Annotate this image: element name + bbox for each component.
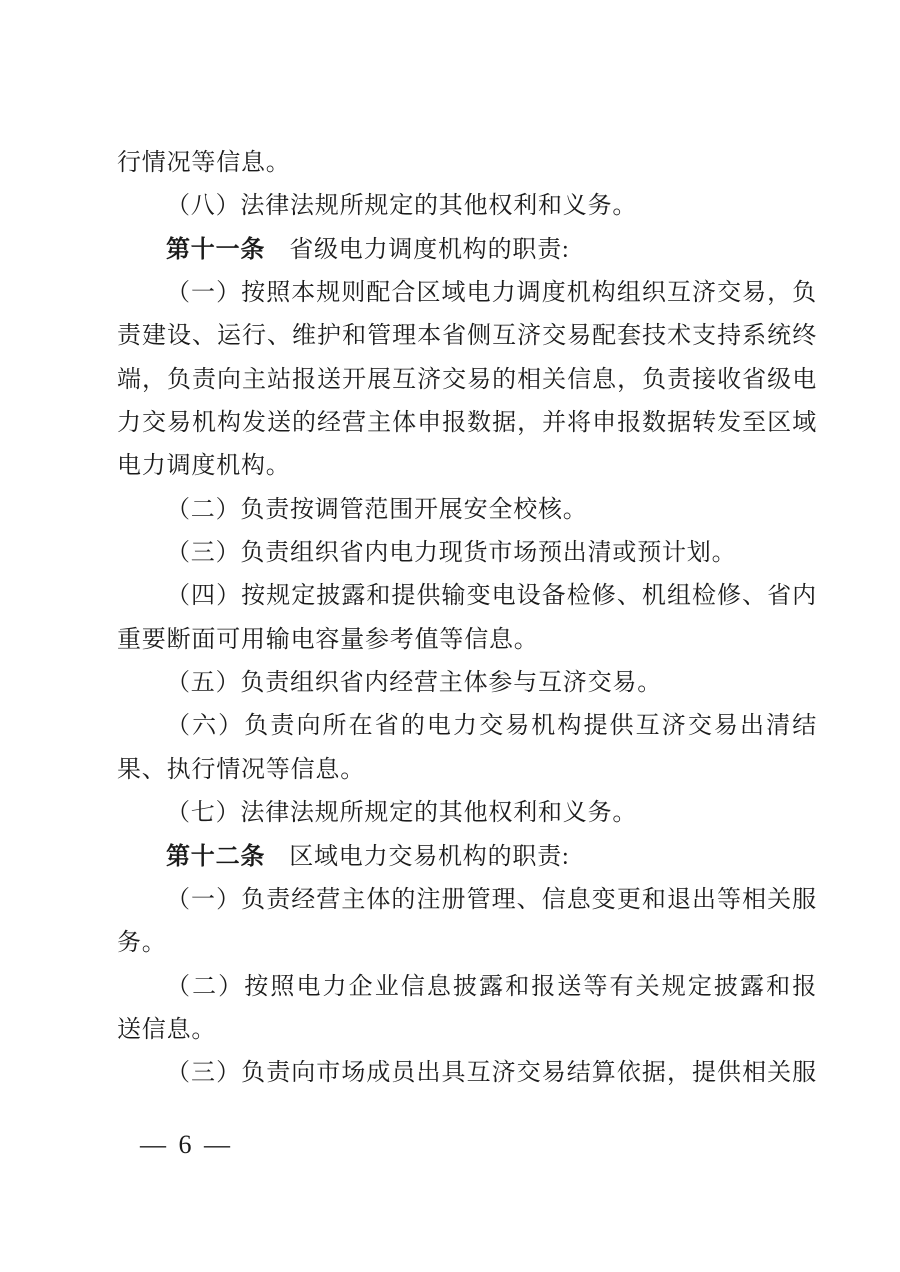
text-line: 果、执行情况等信息。 [117,749,817,792]
article-title: 区域电力交易机构的职责: [289,844,569,870]
text-line: （七）法律法规所规定的其他权利和义务。 [117,792,817,835]
text-line: 送信息。 [117,1009,817,1052]
document-body: 行情况等信息。（八）法律法规所规定的其他权利和义务。第十一条省级电力调度机构的职… [117,142,817,1096]
text-line: （三）负责向市场成员出具互济交易结算依据，提供相关服 [117,1052,817,1095]
text-line: （二）按照电力企业信息披露和报送等有关规定披露和报 [117,966,817,1009]
text-line: （六）负责向所在省的电力交易机构提供互济交易出清结 [117,705,817,748]
article-number: 第十二条 [166,844,265,870]
text-line: 行情况等信息。 [117,142,817,185]
text-line: 务。 [117,922,817,965]
text-line: 重要断面可用输电容量参考值等信息。 [117,619,817,662]
article-heading-line: 第十一条省级电力调度机构的职责: [117,229,817,272]
article-number: 第十一条 [166,237,265,263]
text-line: （四）按规定披露和提供输变电设备检修、机组检修、省内 [117,575,817,618]
article-heading-line: 第十二条区域电力交易机构的职责: [117,836,817,879]
text-line: （五）负责组织省内经营主体参与互济交易。 [117,662,817,705]
text-line: 端，负责向主站报送开展互济交易的相关信息，负责接收省级电 [117,359,817,402]
text-line: （一）按照本规则配合区域电力调度机构组织互济交易，负 [117,272,817,315]
text-line: 责建设、运行、维护和管理本省侧互济交易配套技术支持系统终 [117,315,817,358]
text-line: （三）负责组织省内电力现货市场预出清或预计划。 [117,532,817,575]
text-line: 电力调度机构。 [117,445,817,488]
text-line: （八）法律法规所规定的其他权利和义务。 [117,185,817,228]
article-title: 省级电力调度机构的职责: [289,237,569,263]
page-number: — 6 — [140,1130,233,1160]
document-page: 行情况等信息。（八）法律法规所规定的其他权利和义务。第十一条省级电力调度机构的职… [0,0,900,1272]
text-line: （一）负责经营主体的注册管理、信息变更和退出等相关服 [117,879,817,922]
text-line: 力交易机构发送的经营主体申报数据，并将申报数据转发至区域 [117,402,817,445]
text-line: （二）负责按调管范围开展安全校核。 [117,489,817,532]
